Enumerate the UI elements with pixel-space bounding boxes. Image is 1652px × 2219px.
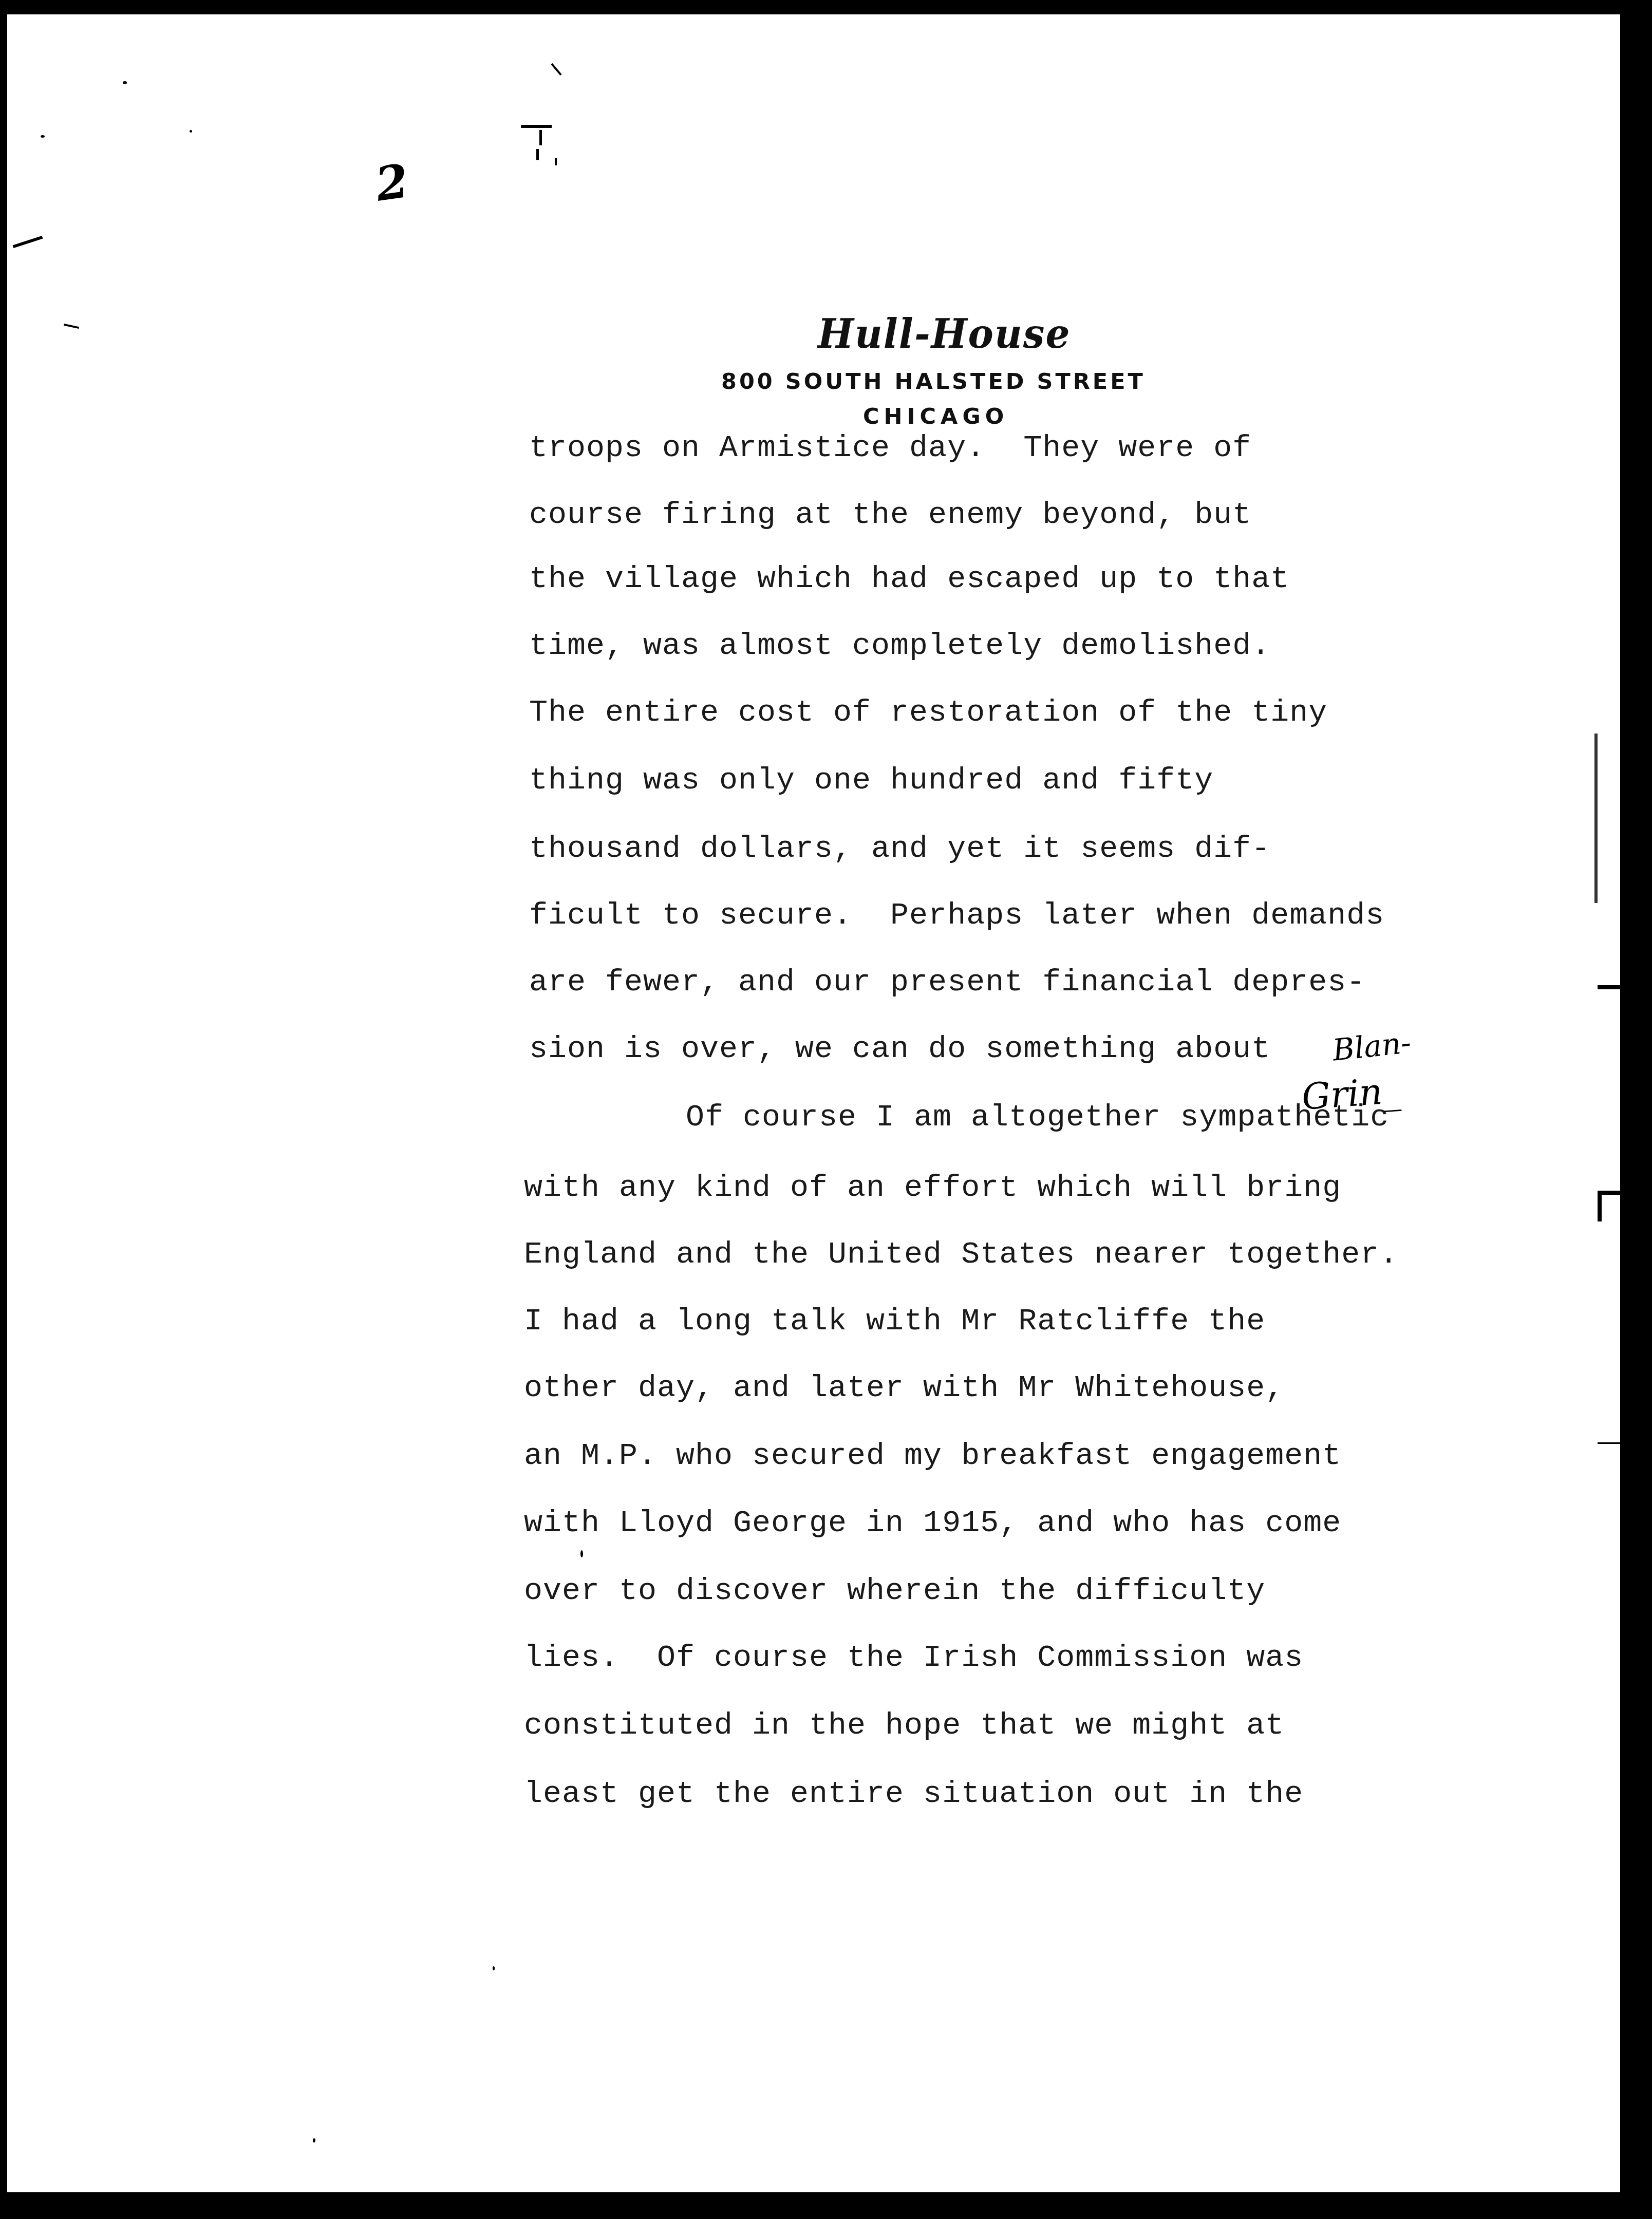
binding-mark (1594, 734, 1598, 903)
body-line: thousand dollars, and yet it seems dif- (529, 834, 1270, 864)
letterhead-name: Hull-House (818, 311, 1071, 358)
handwritten-annotation-bottom: Grin_ (1300, 1069, 1401, 1118)
body-line: England and the United States nearer tog… (524, 1239, 1398, 1270)
binding-mark (1598, 1442, 1628, 1444)
body-line: over to discover wherein the difficulty (524, 1576, 1265, 1607)
body-line: I had a long talk with Mr Ratcliffe the (524, 1306, 1265, 1337)
body-line: troops on Armistice day. They were of (529, 433, 1251, 464)
body-line: The entire cost of restoration of the ti… (529, 698, 1327, 728)
letterhead-address: 800 SOUTH HALSTED STREET (721, 369, 1146, 394)
binding-mark (1598, 985, 1628, 989)
scan-mark (536, 149, 539, 160)
body-line: course firing at the enemy beyond, but (529, 500, 1251, 531)
scan-speck (313, 2138, 315, 2142)
scan-speck (123, 81, 127, 84)
body-line: thing was only one hundred and fifty (529, 765, 1213, 796)
body-line: lies. Of course the Irish Commission was (524, 1643, 1303, 1673)
body-line: sion is over, we can do something about (529, 1034, 1270, 1065)
scan-speck (41, 135, 45, 138)
letter-page: 2 Hull-House 800 SOUTH HALSTED STREET CH… (7, 14, 1620, 2192)
body-line: an M.P. who secured my breakfast engagem… (524, 1441, 1341, 1472)
scan-mark (13, 236, 43, 248)
binding-mark (1598, 1191, 1602, 1221)
scan-mark (521, 125, 552, 128)
scan-speck (493, 1966, 495, 1970)
binding-mark (1598, 1191, 1628, 1195)
body-line: with any kind of an effort which will br… (524, 1173, 1341, 1203)
scan-speck (190, 130, 192, 133)
scan-speck (580, 1550, 583, 1557)
body-line: with Lloyd George in 1915, and who has c… (524, 1508, 1341, 1539)
letterhead-city: CHICAGO (863, 404, 1008, 429)
handwritten-annotation-top: Blan- (1331, 1025, 1413, 1068)
body-line: the village which had escaped up to that (529, 564, 1289, 595)
body-line: constituted in the hope that we might at (524, 1710, 1284, 1741)
scan-mark (551, 63, 561, 76)
body-line: Of course I am altogether sympathetic (686, 1102, 1389, 1133)
body-line: least get the entire situation out in th… (524, 1779, 1303, 1810)
scan-mark (555, 158, 557, 165)
body-line: are fewer, and our present financial dep… (529, 967, 1365, 998)
body-line: ficult to secure. Perhaps later when dem… (529, 900, 1384, 931)
scan-mark (64, 324, 79, 329)
scan-border (1638, 0, 1652, 2219)
body-line: time, was almost completely demolished. (529, 631, 1270, 662)
handwritten-page-number: 2 (372, 154, 412, 212)
body-line: other day, and later with Mr Whitehouse, (524, 1373, 1284, 1404)
scan-mark (539, 130, 542, 145)
